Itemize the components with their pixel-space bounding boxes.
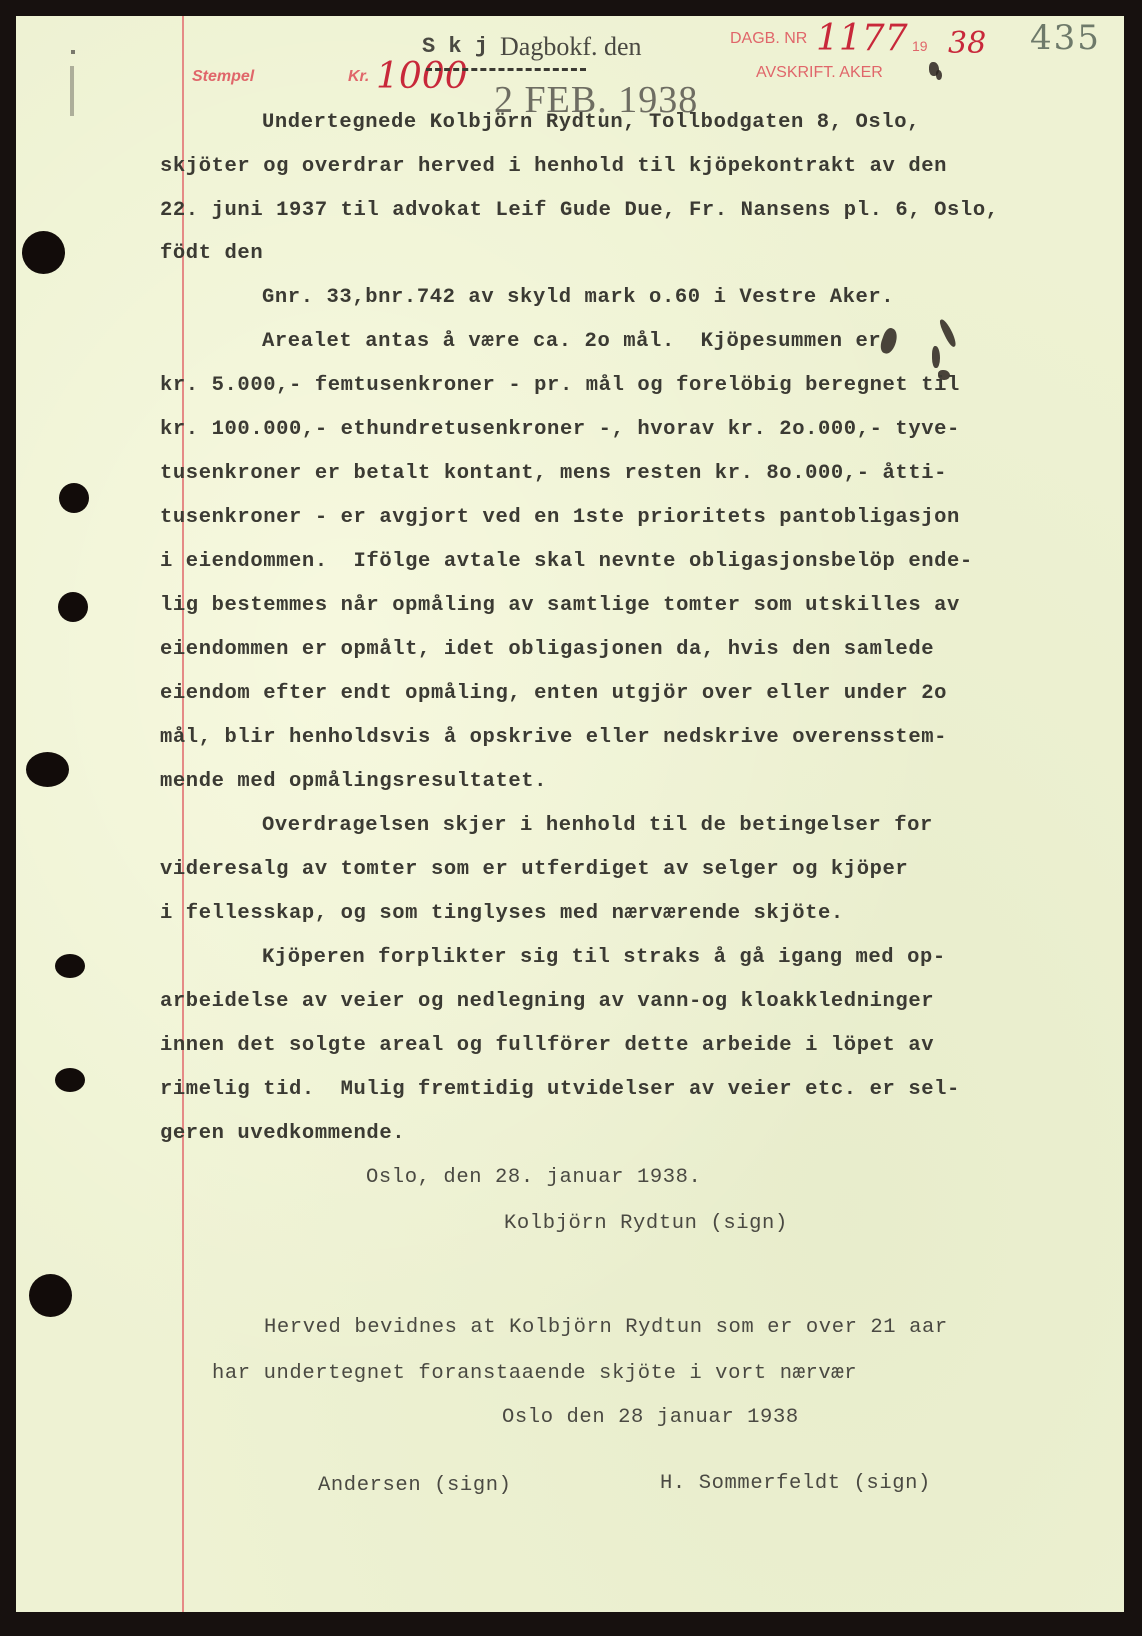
- punch-hole: [58, 592, 88, 622]
- speck: [71, 50, 75, 54]
- stamp-dagb-nr-label: DAGB. NR: [730, 30, 807, 48]
- witness-line-2: har undertegnet foranstaaende skjöte i v…: [212, 1362, 857, 1385]
- body-line: Gnr. 33,bnr.742 av skyld mark o.60 i Ves…: [262, 286, 894, 309]
- body-line: skjöter og overdrar herved i henhold til…: [160, 155, 947, 178]
- body-line: Arealet antas å være ca. 2o mål. Kjöpesu…: [262, 330, 881, 353]
- ink-blot: [932, 346, 940, 368]
- stamp-avskrift-aker: AVSKRIFT. AKER: [756, 64, 883, 82]
- handwritten-fee-amount: 1000: [376, 56, 468, 97]
- closing-place-date: Oslo, den 28. januar 1938.: [366, 1166, 701, 1189]
- handwritten-dagb-nr: 1177: [816, 18, 908, 59]
- witness-signature-left: Andersen (sign): [318, 1474, 512, 1497]
- punch-hole: [55, 954, 85, 978]
- witness-place-date: Oslo den 28 januar 1938: [502, 1406, 799, 1429]
- body-line: kr. 5.000,- femtusenkroner - pr. mål og …: [160, 374, 960, 397]
- stamp-stempel: Stempel: [192, 68, 254, 86]
- body-line: 22. juni 1937 til advokat Leif Gude Due,…: [160, 199, 999, 222]
- punch-hole: [55, 1068, 85, 1092]
- stamp-year-prefix: 19: [912, 38, 928, 54]
- ink-blot: [938, 318, 958, 349]
- body-line: Kjöperen forplikter sig til straks å gå …: [262, 946, 946, 969]
- punch-hole: [29, 1274, 72, 1317]
- stamp-kr: Kr.: [348, 68, 369, 86]
- body-line: i fellesskap, og som tinglyses med nærvæ…: [160, 902, 844, 925]
- body-line: födt den: [160, 242, 263, 265]
- body-line: lig bestemmes når opmåling av samtlige t…: [160, 594, 960, 617]
- body-line: mål, blir henholdsvis å opskrive eller n…: [160, 726, 947, 749]
- underline-dashes: [426, 68, 586, 71]
- folio-number: 435: [1030, 18, 1101, 58]
- body-line: mende med opmålingsresultatet.: [160, 770, 547, 793]
- witness-line-1: Herved bevidnes at Kolbjörn Rydtun som e…: [264, 1316, 948, 1339]
- witness-signature-right: H. Sommerfeldt (sign): [660, 1472, 931, 1495]
- closing-signature: Kolbjörn Rydtun (sign): [504, 1212, 788, 1235]
- punch-hole: [59, 483, 89, 513]
- document-page: Stempel Kr. 1000 S k j Dagbokf. den 2 FE…: [16, 16, 1124, 1612]
- body-line: geren uvedkommende.: [160, 1122, 405, 1145]
- body-line: rimelig tid. Mulig fremtidig utvidelser …: [160, 1078, 960, 1101]
- typed-header-skj: S k j: [422, 34, 488, 59]
- punch-hole: [26, 752, 69, 787]
- handwritten-year: 38: [948, 26, 986, 61]
- stamp-dagbok: Dagbokf. den: [500, 32, 642, 62]
- body-line: innen det solgte areal og fullförer dett…: [160, 1034, 934, 1057]
- body-line: kr. 100.000,- ethundretusenkroner -, hvo…: [160, 418, 960, 441]
- punch-hole: [22, 231, 65, 274]
- body-line: videresalg av tomter som er utferdiget a…: [160, 858, 908, 881]
- body-line: eiendommen er opmålt, idet obligasjonen …: [160, 638, 934, 661]
- body-line: Undertegnede Kolbjörn Rydtun, Tollbodgat…: [262, 111, 920, 134]
- body-line: arbeidelse av veier og nedlegning av van…: [160, 990, 934, 1013]
- body-line: tusenkroner - er avgjort ved en 1ste pri…: [160, 506, 960, 529]
- speck: [70, 66, 74, 116]
- body-line: tusenkroner er betalt kontant, mens rest…: [160, 462, 947, 485]
- ink-blot: [936, 70, 942, 80]
- body-line: eiendom efter endt opmåling, enten utgjö…: [160, 682, 947, 705]
- body-line: Overdragelsen skjer i henhold til de bet…: [262, 814, 933, 837]
- body-line: i eiendommen. Ifölge avtale skal nevnte …: [160, 550, 973, 573]
